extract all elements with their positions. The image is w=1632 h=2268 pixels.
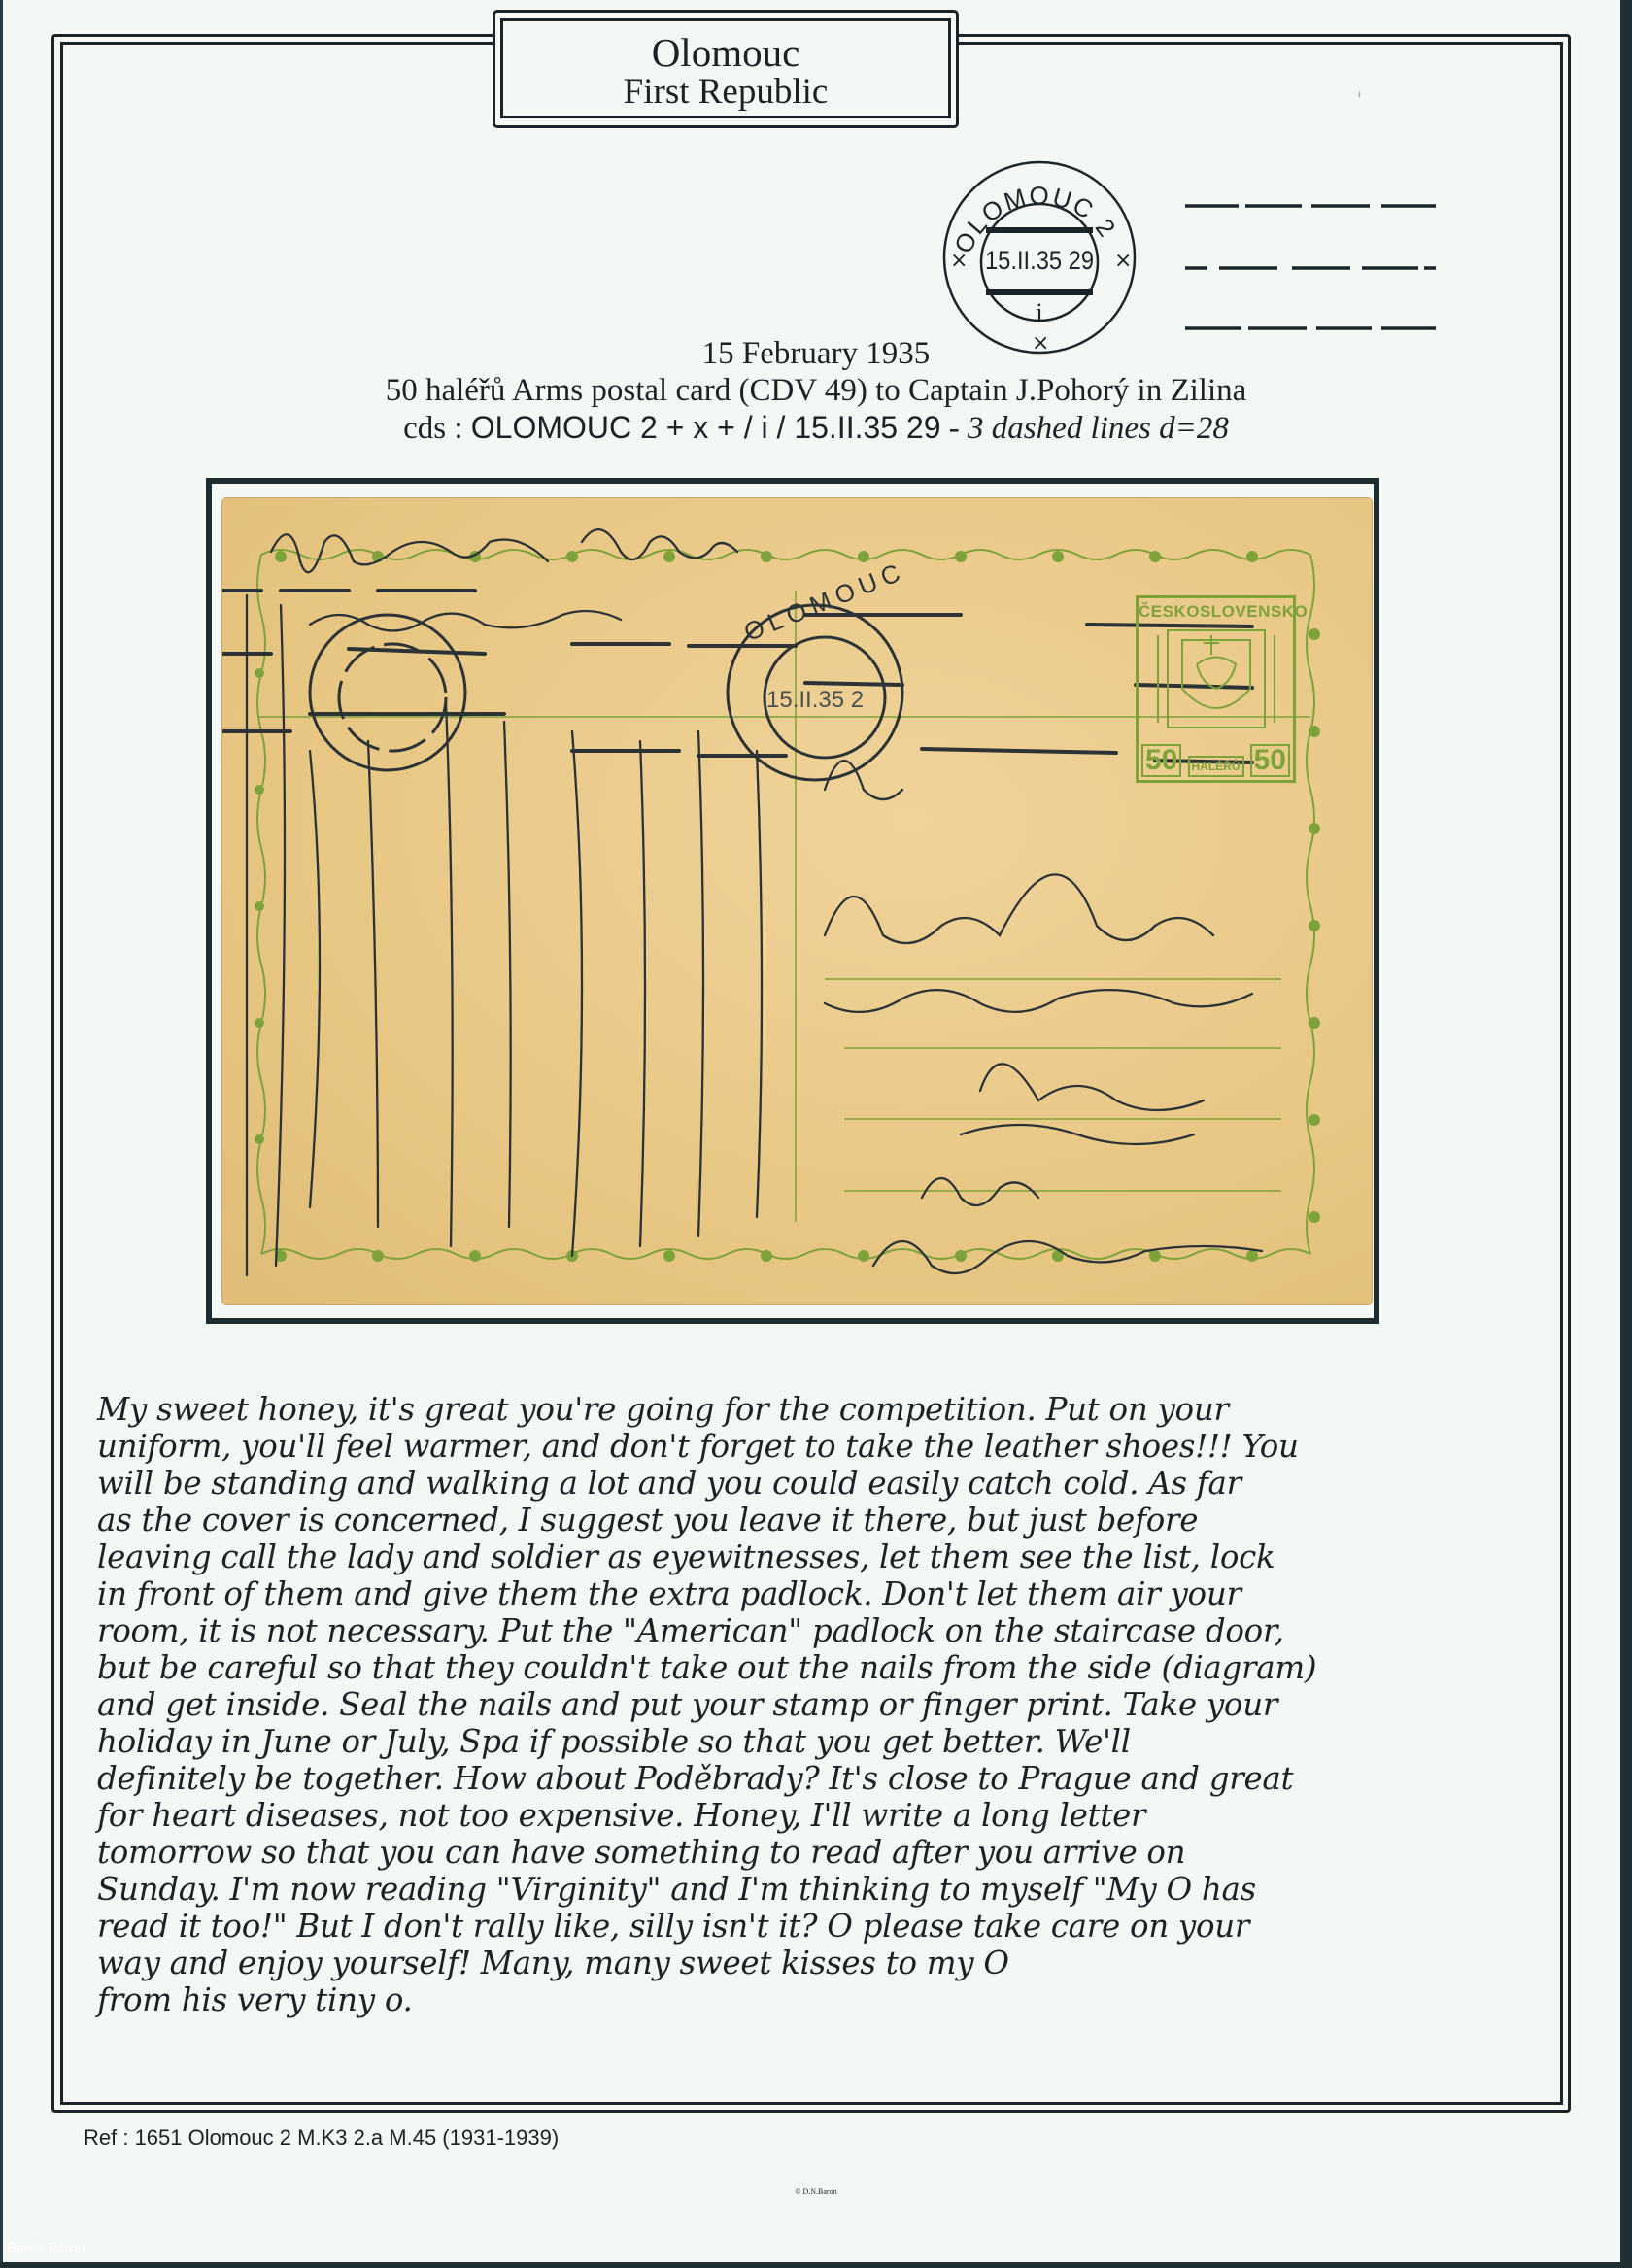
- svg-text:×: ×: [950, 249, 968, 273]
- page-title: Olomouc: [503, 31, 948, 74]
- translation-line: in front of them and give them the extra…: [97, 1575, 1477, 1612]
- stamp-currency: HALÉŘŮ: [1188, 756, 1244, 777]
- caption-date: 15 February 1935: [0, 335, 1632, 372]
- item-caption: 15 February 1935 50 haléřů Arms postal c…: [0, 335, 1632, 447]
- scan-edge-bottom: [0, 2262, 1632, 2268]
- cds-value: OLOMOUC 2 + x + / i / 15.II.35 29: [471, 410, 941, 445]
- translation-line: for heart diseases, not too expensive. H…: [97, 1797, 1477, 1834]
- translation-line: holiday in June or July, Spa if possible…: [97, 1723, 1477, 1760]
- postmark-illustration: OLOMOUC 2 15.II.35 29 i × × ×: [937, 155, 1141, 359]
- letter-translation: My sweet honey, it's great you're going …: [97, 1391, 1477, 2018]
- translation-line: and get inside. Seal the nails and put y…: [97, 1686, 1477, 1723]
- page-subtitle: First Republic: [503, 74, 948, 111]
- catalogue-reference: Ref : 1651 Olomouc 2 M.K3 2.a M.45 (1931…: [84, 2125, 559, 2150]
- cds-note: - 3 dashed lines d=28: [941, 411, 1229, 446]
- translation-line: room, it is not necessary. Put the "Amer…: [97, 1612, 1477, 1649]
- svg-text:15.II.35 2: 15.II.35 2: [766, 687, 864, 713]
- svg-text:15.II.35 29: 15.II.35 29: [985, 246, 1094, 275]
- svg-text:i: i: [1036, 298, 1042, 326]
- translation-line: Sunday. I'm now reading "Virginity" and …: [97, 1871, 1477, 1908]
- title-box: Olomouc First Republic: [500, 18, 951, 118]
- translation-line: will be standing and walking a lot and y…: [97, 1465, 1477, 1502]
- translation-line: from his very tiny o.: [97, 1981, 1477, 2018]
- translation-line: way and enjoy yourself! Many, many sweet…: [97, 1945, 1477, 1981]
- copyright-notice: © D.N.Baron: [0, 2187, 1632, 2196]
- svg-text:OLOMOUC: OLOMOUC: [739, 556, 909, 647]
- translation-line: My sweet honey, it's great you're going …: [97, 1391, 1477, 1428]
- translation-line: read it too!" But I don't rally like, si…: [97, 1908, 1477, 1945]
- dashed-lines-illustration: [1127, 194, 1515, 330]
- translation-line: but be careful so that they couldn't tak…: [97, 1649, 1477, 1686]
- stamp-country: ČESKOSLOVENSKO: [1139, 602, 1293, 622]
- stamp-value-right: 50: [1250, 744, 1290, 777]
- translation-line: definitely be together. How about Poděbr…: [97, 1760, 1477, 1797]
- translation-line: tomorrow so that you can have something …: [97, 1834, 1477, 1871]
- translation-line: as the cover is concerned, I suggest you…: [97, 1502, 1477, 1539]
- caption-cds: cds : OLOMOUC 2 + x + / i / 15.II.35 29 …: [0, 409, 1632, 447]
- stamp-value-left: 50: [1141, 744, 1181, 777]
- caption-description: 50 haléřů Arms postal card (CDV 49) to C…: [0, 372, 1632, 409]
- imprinted-stamp: ČESKOSLOVENSKO 50 HALÉŘŮ 50: [1136, 595, 1296, 783]
- watermark: Derek Baron: [7, 2242, 85, 2256]
- stamp-value-row: 50 HALÉŘŮ 50: [1141, 744, 1290, 777]
- scan-speck: ǂ: [1358, 89, 1361, 101]
- translation-line: leaving call the lady and soldier as eye…: [97, 1539, 1477, 1575]
- coat-of-arms-icon: [1153, 626, 1279, 732]
- translation-line: uniform, you'll feel warmer, and don't f…: [97, 1428, 1477, 1465]
